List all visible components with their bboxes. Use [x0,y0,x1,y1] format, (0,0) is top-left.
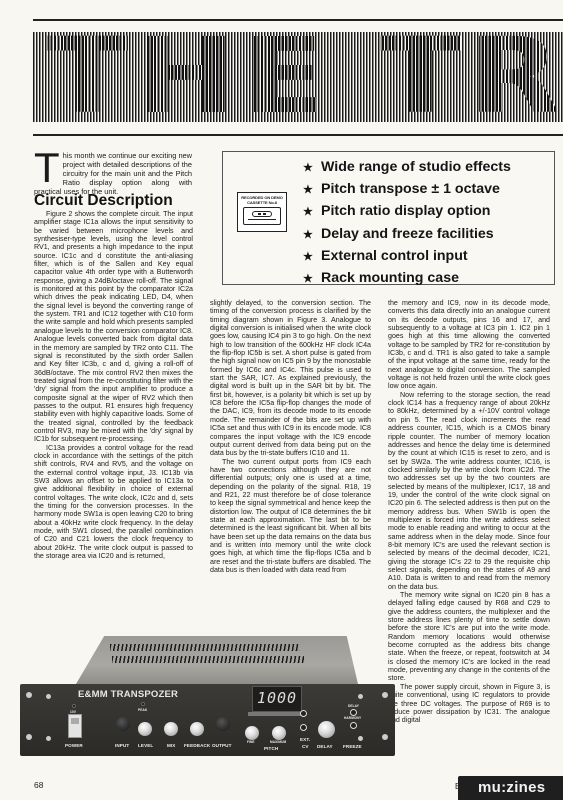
screw-icon [358,736,363,741]
paragraph: IC13a provides a control voltage for the… [34,444,193,561]
article-title: THE TRANSPOZER [47,32,563,122]
screw-icon [382,692,388,698]
star-icon: ★ [303,269,321,290]
screw-icon [46,736,51,741]
paragraph: Figure 2 shows the complete circuit. The… [34,210,193,444]
star-icon: ★ [303,225,321,246]
screw-icon [46,694,51,699]
panel-brand: E&MM TRANSPOZER [78,689,178,700]
screw-icon [382,734,388,740]
level-knob [138,722,152,736]
paragraph: slightly delayed, to the conversion sect… [210,299,371,458]
output-jack-icon [216,717,230,731]
vent-slots [112,656,304,663]
page-number: 68 [34,780,43,790]
product-photo: E&MM TRANSPOZER 10V POWER INPUT PEAK LEV… [20,636,395,784]
paragraph: the memory and IC9, now in its decode mo… [388,299,550,391]
badge-label-line2: CASSETTE No.8 [240,200,284,205]
power-led-icon [72,704,76,708]
freeze-jack-icon [350,722,357,729]
pitch-max-knob [272,726,286,740]
screw-icon [26,734,32,740]
feature-item: ★Pitch transpose ± 1 octave [303,179,511,201]
drop-cap: T [34,152,60,184]
peak-led-icon [141,702,145,706]
text-column-1: Figure 2 shows the complete circuit. The… [34,210,193,560]
pitch-ratio-display: 1000 [252,686,302,712]
text-column-3: the memory and IC9, now in its decode mo… [388,299,550,725]
cassette-icon [243,207,281,225]
feature-item: ★Wide range of studio effects [303,157,511,179]
paragraph: The two current output ports from IC9 ea… [210,458,371,575]
features-list: ★Wide range of studio effects ★Pitch tra… [303,157,511,290]
delay-knob [318,721,335,738]
ext-cv-jack-icon [300,724,307,731]
front-panel: E&MM TRANSPOZER 10V POWER INPUT PEAK LEV… [20,684,395,756]
muzines-watermark[interactable]: mu:zines [458,776,563,800]
paragraph: Now referring to the storage section, th… [388,391,550,591]
feature-item: ★Pitch ratio display option [303,201,511,223]
intro-paragraph: T his month we continue our exciting new… [34,151,192,196]
feature-item: ★Rack mounting case [303,268,511,290]
ext-cv-jack-icon [300,710,307,717]
feedback-knob [190,722,204,736]
screw-icon [358,694,363,699]
power-switch [68,714,82,738]
star-icon: ★ [303,202,321,223]
star-icon: ★ [303,247,321,268]
features-box: RECORDED ON DEMO CASSETTE No.8 ★Wide ran… [222,151,555,285]
paragraph: The memory write signal on IC20 pin 8 ha… [388,591,550,683]
mode-switch-icon [350,709,357,716]
header-top-rule [33,19,563,21]
mix-knob [164,722,178,736]
star-icon: ★ [303,158,321,179]
vent-slots [110,644,300,651]
article-title-banner: THE TRANSPOZER [33,32,563,122]
section-heading: Circuit Description [34,193,173,209]
pitch-fine-knob [245,726,259,740]
paragraph: The power supply circuit, shown in Figur… [388,683,550,725]
feature-item: ★External control input [303,246,511,268]
input-jack-icon [116,717,130,731]
screw-icon [26,692,32,698]
text-column-2: slightly delayed, to the conversion sect… [210,299,371,574]
feature-item: ★Delay and freeze facilities [303,224,511,246]
star-icon: ★ [303,180,321,201]
header-bottom-rule [33,134,563,136]
demo-cassette-badge: RECORDED ON DEMO CASSETTE No.8 [237,192,287,232]
power-label: POWER [65,743,83,748]
